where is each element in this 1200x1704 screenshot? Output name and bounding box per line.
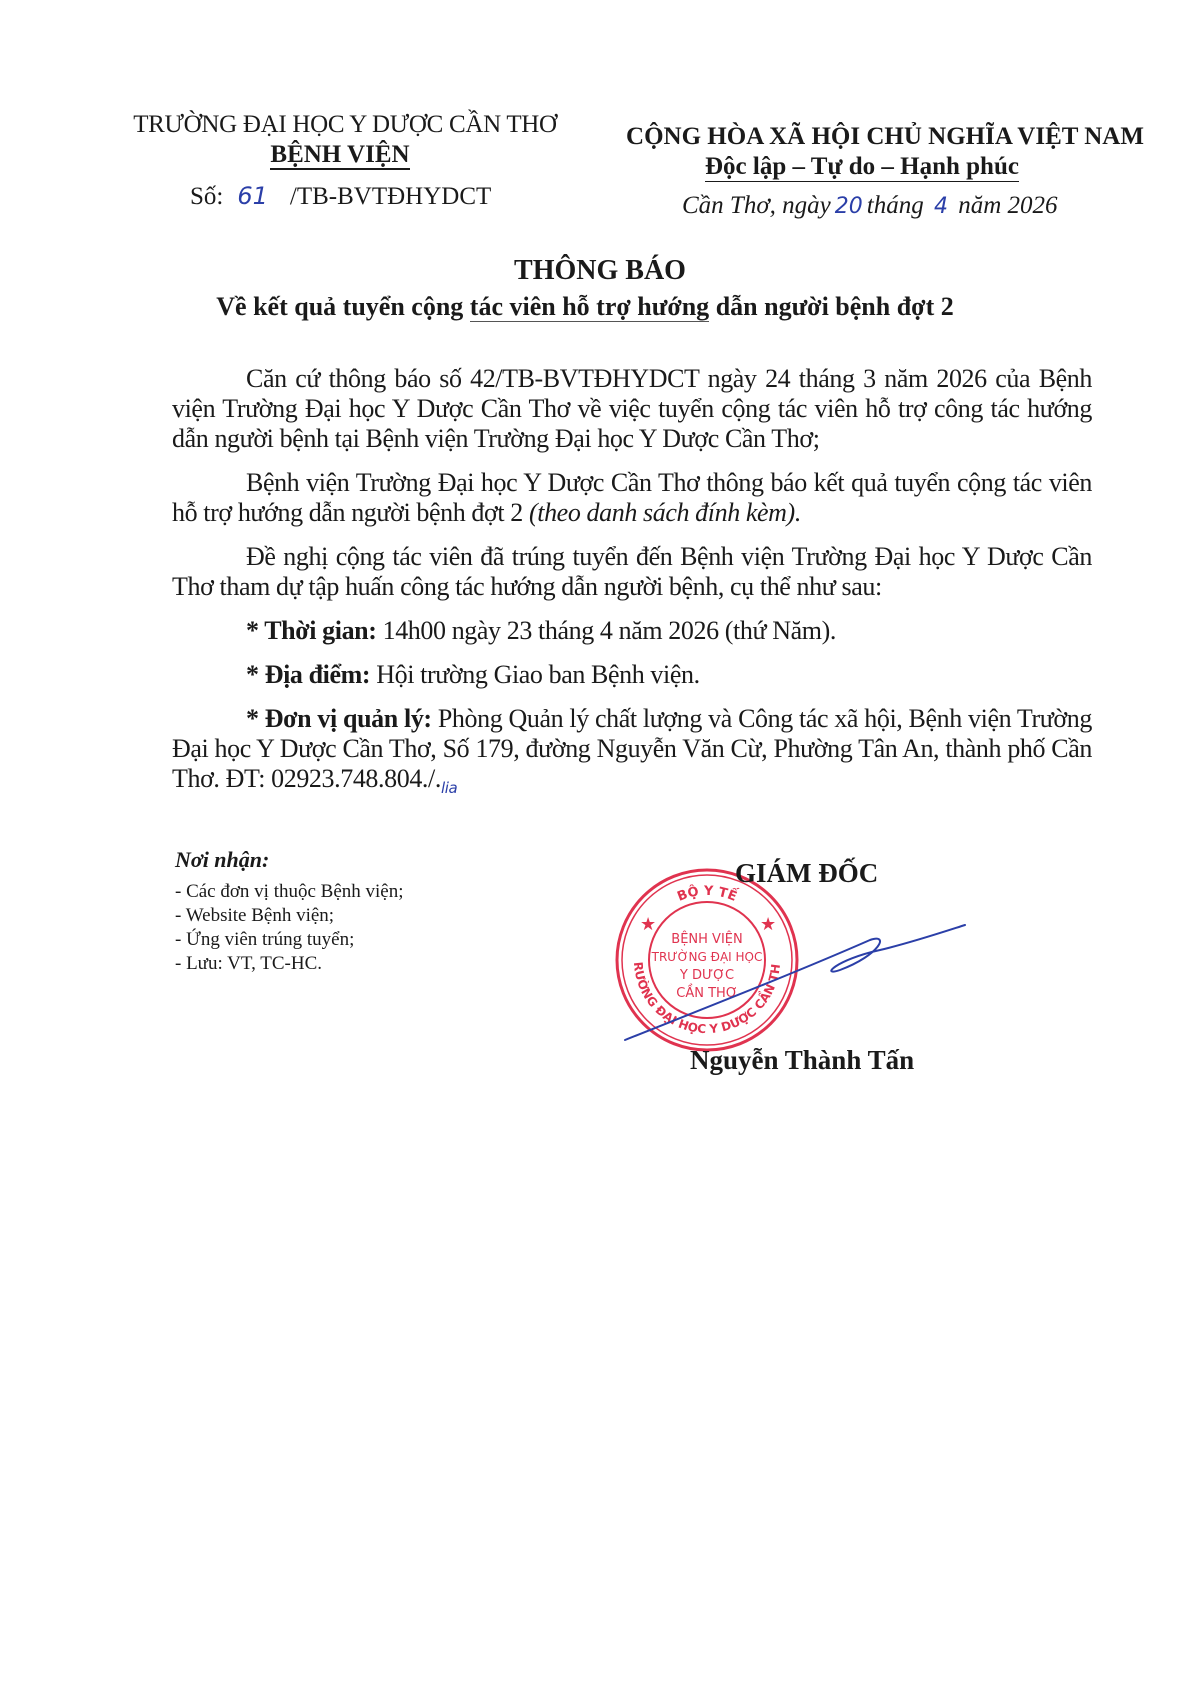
national-motto: Độc lập – Tự do – Hạnh phúc: [705, 153, 1019, 182]
time-label: * Thời gian:: [246, 616, 377, 645]
recipients-label: Nơi nhận:: [175, 848, 404, 872]
paragraph-announcement: Bệnh viện Trường Đại học Y Dược Cần Thơ …: [172, 468, 1092, 528]
signer-name: Nguyễn Thành Tấn: [690, 1045, 914, 1076]
unit-name: BỆNH VIỆN: [270, 142, 409, 170]
detail-time: * Thời gian: 14h00 ngày 23 tháng 4 năm 2…: [172, 616, 1092, 646]
organization-name: TRƯỜNG ĐẠI HỌC Y DƯỢC CẦN THƠ: [110, 110, 580, 140]
place-and-date: Cần Thơ, ngày20tháng 4 năm 2026: [682, 192, 1058, 220]
detail-location: * Địa điểm: Hội trường Giao ban Bệnh việ…: [172, 660, 1092, 690]
recipient-item: - Lưu: VT, TC-HC.: [175, 952, 404, 976]
recipient-item: - Các đơn vị thuộc Bệnh viện;: [175, 880, 404, 904]
paragraph-basis: Căn cứ thông báo số 42/TB-BVTĐHYDCT ngày…: [172, 364, 1092, 454]
location-value: Hội trường Giao ban Bệnh viện.: [370, 660, 700, 689]
date-day: 20: [835, 194, 863, 219]
document-subtitle: Về kết quả tuyển cộng tác viên hỗ trợ hư…: [0, 292, 1170, 322]
recipients-block: Nơi nhận: - Các đơn vị thuộc Bệnh viện; …: [175, 848, 404, 976]
month-label: tháng: [867, 192, 924, 219]
manager-label: * Đơn vị quản lý:: [246, 704, 432, 733]
detail-manager: * Đơn vị quản lý: Phòng Quản lý chất lượ…: [172, 704, 1092, 803]
recipient-item: - Website Bệnh viện;: [175, 904, 404, 928]
issuer-block: TRƯỜNG ĐẠI HỌC Y DƯỢC CẦN THƠ BỆNH VIỆN: [110, 110, 580, 170]
subtitle-underlined: tác viên hỗ trợ hướng: [470, 292, 709, 322]
date-month: 4: [934, 194, 948, 219]
document-body: Căn cứ thông báo số 42/TB-BVTĐHYDCT ngày…: [172, 364, 1092, 817]
number-suffix: /TB-BVTĐHYDCT: [290, 183, 491, 210]
number-label: Số:: [190, 183, 223, 210]
signer-title: GIÁM ĐỐC: [735, 858, 878, 889]
subtitle-part-3: dẫn người bệnh đợt 2: [709, 292, 954, 321]
handwritten-signature-icon: [620, 915, 970, 1045]
location-label: * Địa điểm:: [246, 660, 370, 689]
document-title: THÔNG BÁO: [0, 255, 1200, 287]
time-value: 14h00 ngày 23 tháng 4 năm 2026 (thứ Năm)…: [377, 616, 836, 645]
document-number: Số:61/TB-BVTĐHYDCT: [190, 182, 491, 211]
place-prefix: Cần Thơ, ngày: [682, 192, 831, 219]
paragraph-request: Đề nghị cộng tác viên đã trúng tuyển đến…: [172, 542, 1092, 602]
year-label: năm 2026: [958, 192, 1057, 219]
document-page: TRƯỜNG ĐẠI HỌC Y DƯỢC CẦN THƠ BỆNH VIỆN …: [0, 0, 1200, 1704]
initial-mark: lia: [441, 779, 457, 797]
subtitle-part-1: Về kết quả tuyển cộng: [216, 292, 470, 321]
number-value: 61: [237, 182, 268, 210]
attachment-note: (theo danh sách đính kèm).: [529, 498, 801, 527]
recipient-item: - Ứng viên trúng tuyển;: [175, 928, 404, 952]
nation-title: CỘNG HÒA XÃ HỘI CHỦ NGHĨA VIỆT NAM: [605, 122, 1165, 152]
